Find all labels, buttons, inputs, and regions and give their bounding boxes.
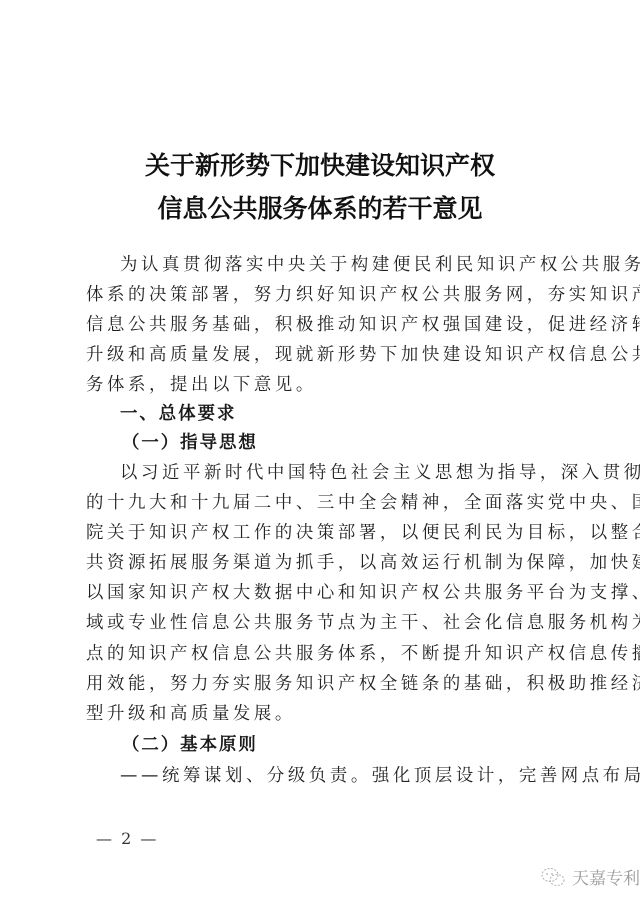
intro-line: 务体系，提出以下意见。 [86, 371, 592, 400]
page-number: — 2 — [96, 829, 158, 848]
subsection-heading: （一）指导思想 [122, 429, 258, 458]
guiding-line: 院关于知识产权工作的决策部署，以便民利民为目标，以整合公 [86, 519, 592, 548]
subsection-heading: （二）基本原则 [122, 731, 258, 760]
intro-line: 信息公共服务基础，积极推动知识产权强国建设，促进经济转型 [86, 311, 592, 340]
watermark-text: 天嘉专利 [572, 864, 640, 889]
guiding-line: 域或专业性信息公共服务节点为主干、社会化信息服务机构为网 [86, 609, 592, 638]
guiding-line: 型升级和高质量发展。 [86, 700, 592, 729]
guiding-line: 共资源拓展服务渠道为抓手，以高效运行机制为保障，加快建设 [86, 549, 592, 578]
guiding-line: 以国家知识产权大数据中心和知识产权公共服务平台为支撑、区 [86, 579, 592, 608]
intro-line: 为认真贯彻落实中央关于构建便民利民知识产权公共服务 [120, 251, 592, 280]
principle-line: ——统筹谋划、分级负责。强化顶层设计，完善网点布局， [120, 762, 592, 791]
wechat-icon [540, 866, 566, 888]
guiding-line: 的十九大和十九届二中、三中全会精神，全面落实党中央、国务 [86, 489, 592, 518]
watermark: 天嘉专利 [540, 864, 640, 889]
guiding-line: 用效能，努力夯实服务知识产权全链条的基础，积极助推经济转 [86, 670, 592, 699]
document-title-line-2: 信息公共服务体系的若干意见 [0, 189, 640, 225]
intro-line: 体系的决策部署，努力织好知识产权公共服务网，夯实知识产权 [86, 281, 592, 310]
document-page: 关于新形势下加快建设知识产权 信息公共服务体系的若干意见 为认真贯彻落实中央关于… [0, 0, 640, 904]
section-heading: 一、总体要求 [120, 400, 236, 429]
intro-line: 升级和高质量发展，现就新形势下加快建设知识产权信息公共服 [86, 341, 592, 370]
document-title-line-1: 关于新形势下加快建设知识产权 [0, 146, 640, 182]
guiding-line: 以习近平新时代中国特色社会主义思想为指导，深入贯彻党 [120, 459, 592, 488]
guiding-line: 点的知识产权信息公共服务体系，不断提升知识产权信息传播利 [86, 640, 592, 669]
